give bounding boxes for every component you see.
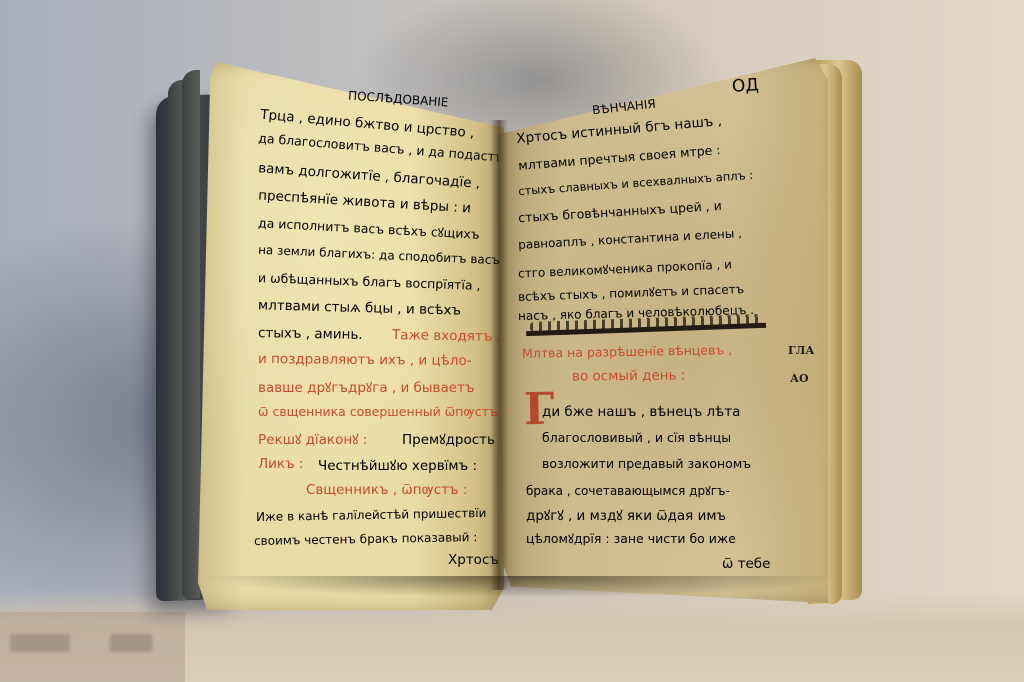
rubric-line: ѿ свщенника совершенный ѿпѹстъ . [258, 404, 506, 419]
text-line: цѣломꙋдрїя : зане чисти бо иже [526, 530, 736, 547]
text-line: ди бже нашъ , вѣнецъ лѣта [542, 404, 740, 420]
text-line: дрꙋгꙋ , и мздꙋ яки ѿдая имъ [526, 506, 726, 524]
text-line: брака , сочетавающымся дрꙋгъ- [526, 482, 730, 499]
rubric-line: Рекшꙋ дїаконꙋ : [258, 430, 367, 448]
rubric-line: вавше дрꙋгъдрꙋга , и бываетъ [258, 378, 474, 396]
rubric-line: Таже входятъ , [392, 327, 501, 345]
text-line: благословивый , и сїя вѣнцы [542, 430, 731, 445]
text-line: стыхъ , аминь. [258, 325, 363, 343]
prayer-title: во осмый день : [572, 368, 685, 385]
rubric-line: и поздравляютъ ихъ , и цѣло- [258, 351, 472, 369]
open-book: ПОСЛѢДОВАНІЕ Трца , едино бжтво и црство… [0, 0, 1024, 682]
page-edge-left [182, 70, 200, 598]
book-gutter [490, 120, 508, 590]
book-shadow [200, 576, 840, 598]
text-line: возложити предавый закономъ [542, 456, 751, 471]
rubric-line: Ликъ : [258, 456, 303, 472]
folio-number: ОД [731, 75, 759, 97]
margin-note: ГЛА [788, 344, 814, 357]
margin-note: АО [790, 372, 809, 385]
catchword: ѿ тебе [722, 556, 770, 572]
rubric-line: Свщенникъ , ѿпѹстъ : [306, 482, 467, 498]
text-line: Честнѣйшꙋю хервїмъ : [318, 456, 477, 474]
text-line: Премꙋдрость . [402, 430, 504, 448]
